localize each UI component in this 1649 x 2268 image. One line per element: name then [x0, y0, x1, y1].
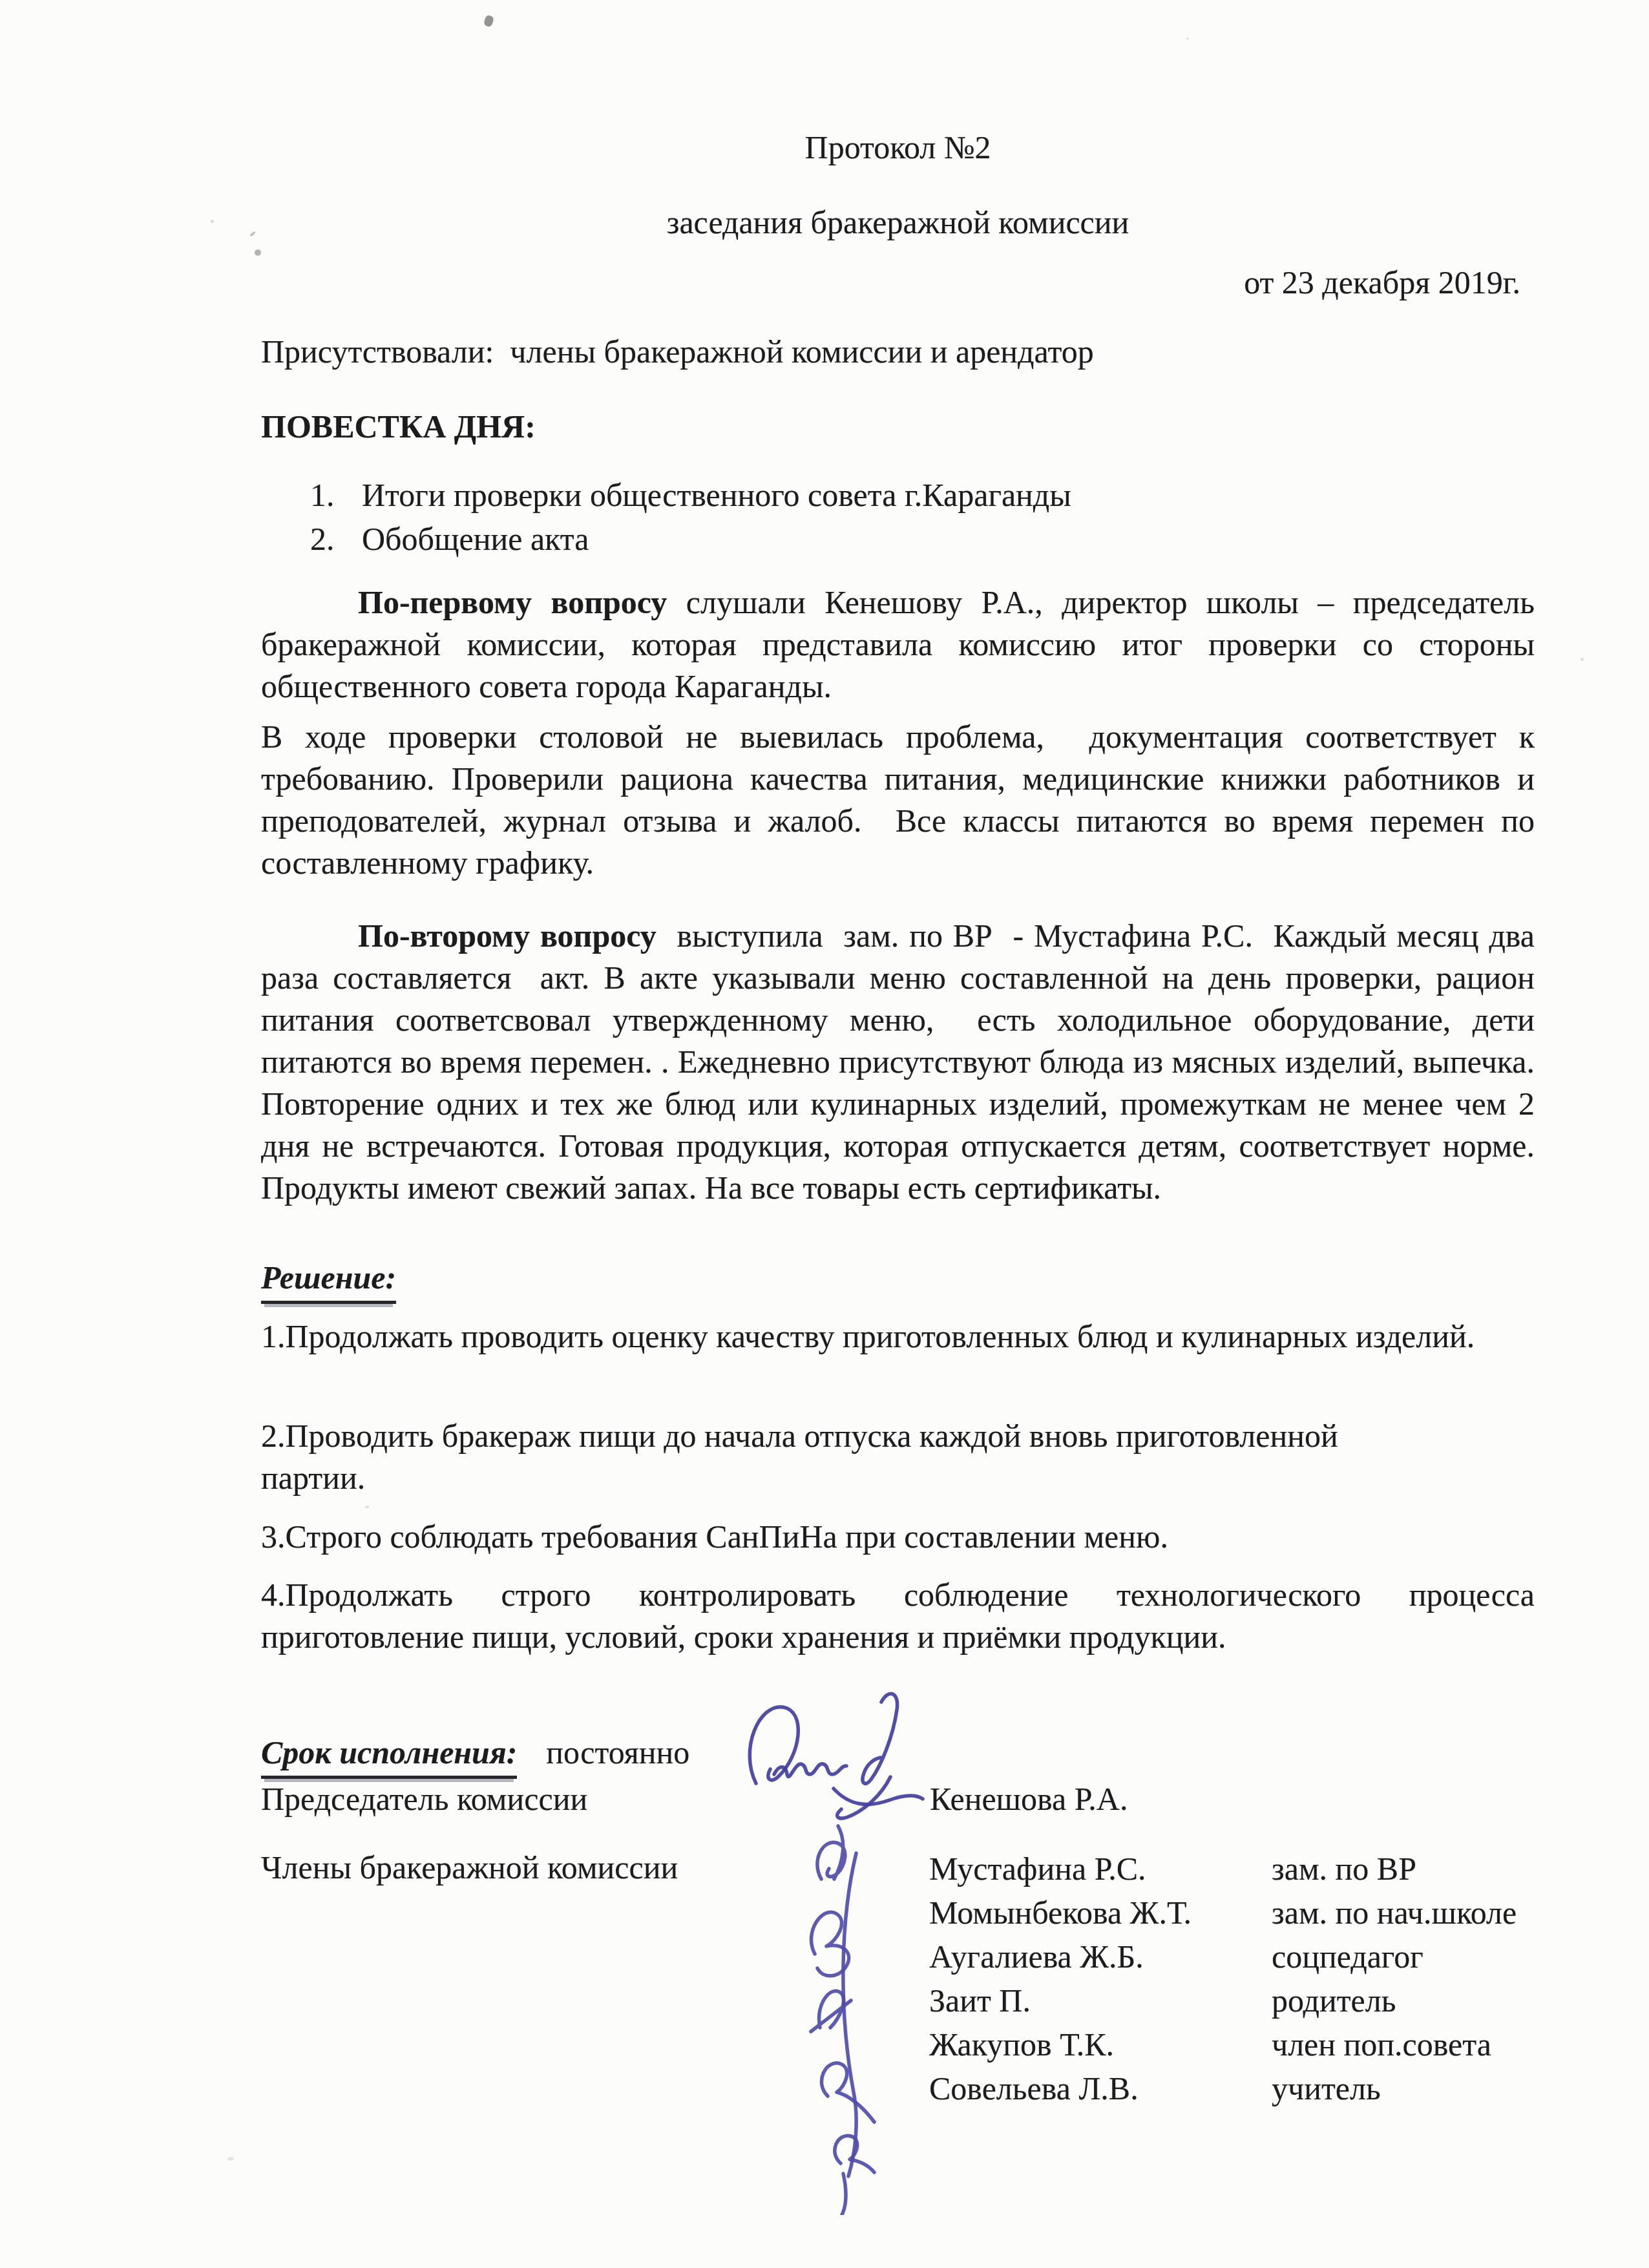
question1-paragraph: По-первому вопросу слушали Кенешову Р.А.…	[261, 582, 1535, 708]
member-row: Мустафина Р.С.зам. по ВР	[929, 1847, 1608, 1891]
question1-details: В ходе проверки столовой не выевилась пр…	[261, 716, 1535, 884]
decision-heading-row: Решение:	[261, 1257, 1535, 1304]
agenda-item: 2.Обобщение акта	[261, 517, 1535, 561]
chairman-label: Председатель комиссии	[261, 1781, 587, 1817]
deadline-label: Срок исполнения:	[261, 1732, 517, 1779]
member-row: Заит П.родитель	[929, 1979, 1608, 2022]
decision-item-2: 2.Проводить бракераж пищи до начала отпу…	[261, 1415, 1535, 1499]
deadline-value: постоянно	[546, 1734, 689, 1770]
member-role: член поп.совета	[1272, 2026, 1491, 2063]
question2-lead: По-второму вопросу	[358, 918, 656, 954]
scan-speck	[211, 220, 214, 223]
member-row: Момынбекова Ж.Т.зам. по нач.школе	[929, 1891, 1608, 1935]
question2-text: выступила зам. по ВР - Мустафина Р.С. Ка…	[261, 918, 1543, 1206]
agenda-item-number: 1.	[310, 473, 362, 517]
attendees-line: Присутствовали: члены бракеражной комисс…	[261, 331, 1535, 373]
document-date: от 23 декабря 2019г.	[261, 262, 1535, 304]
agenda-item: 1.Итоги проверки общественного совета г.…	[261, 473, 1535, 517]
decision-heading: Решение:	[261, 1257, 396, 1304]
decision-item-3: 3.Строго соблюдать требования СанПиНа пр…	[261, 1516, 1535, 1558]
question2-paragraph: По-второму вопросу выступила зам. по ВР …	[261, 915, 1535, 1209]
scan-speck	[1581, 658, 1584, 661]
member-role: родитель	[1272, 1982, 1396, 2019]
document-subtitle: заседания бракеражной комиссии	[261, 202, 1535, 244]
agenda-item-text: Итоги проверки общественного совета г.Ка…	[362, 477, 1071, 513]
scan-speck	[227, 2157, 234, 2161]
document-title: Протокол №2	[261, 127, 1535, 169]
scan-speck	[255, 249, 261, 256]
member-row: Совельева Л.В.учитель	[929, 2066, 1608, 2110]
agenda-list: 1.Итоги проверки общественного совета г.…	[261, 473, 1535, 561]
scan-speck	[249, 231, 256, 236]
member-row: Аугалиева Ж.Б.соцпедагог	[929, 1935, 1608, 1979]
members-signatures	[779, 1814, 998, 2215]
agenda-item-number: 2.	[310, 517, 362, 561]
decision-item-1: 1.Продолжать проводить оценку качеству п…	[261, 1316, 1535, 1358]
document-page: Протокол №2 заседания бракеражной комисс…	[0, 0, 1649, 2268]
member-role: зам. по ВР	[1272, 1851, 1416, 1887]
member-row: Жакупов Т.К.член поп.совета	[929, 2022, 1608, 2066]
members-list: Мустафина Р.С.зам. по ВР Момынбекова Ж.Т…	[929, 1847, 1608, 2110]
agenda-item-text: Обобщение акта	[362, 521, 589, 557]
member-role: учитель	[1272, 2070, 1381, 2106]
member-role: зам. по нач.школе	[1272, 1895, 1517, 1931]
agenda-heading: ПОВЕСТКА ДНЯ:	[261, 406, 1535, 448]
scan-speck	[483, 15, 494, 28]
scan-speck	[1186, 37, 1189, 40]
question1-lead: По-первому вопросу	[358, 584, 667, 620]
member-role: соцпедагог	[1272, 1938, 1423, 1975]
chairman-signature	[737, 1680, 956, 1829]
decision-item-4: 4.Продолжать строго контролировать соблю…	[261, 1574, 1535, 1658]
scan-speck	[365, 1506, 370, 1508]
